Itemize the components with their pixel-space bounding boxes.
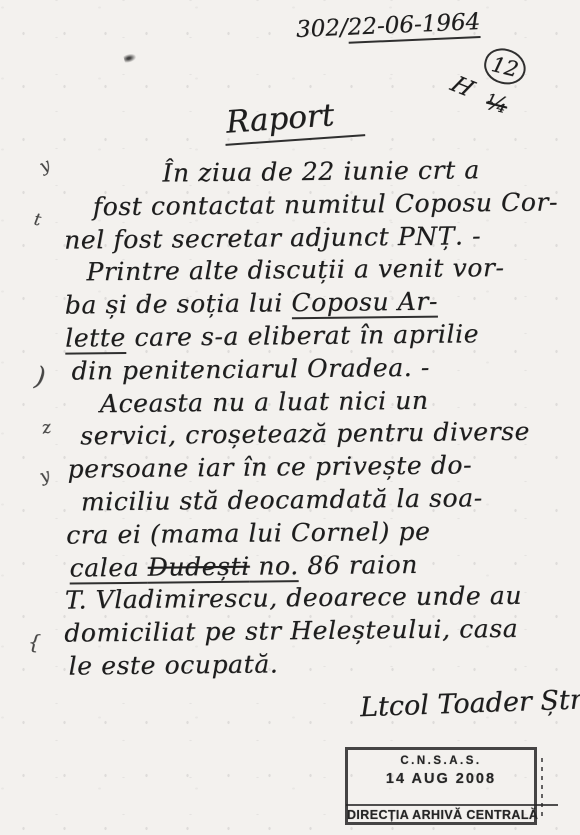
handwritten-line: domiciliat pe str Heleșteului, casa [64, 613, 567, 651]
margin-h-mark: H [445, 72, 478, 102]
handwritten-line: persoane iar în ce privește do- [67, 449, 565, 487]
handwritten-line: fost contactat numitul Coposu Cor- [93, 186, 563, 224]
margin-scribble: z [40, 417, 52, 438]
handwritten-line: Aceasta nu a luat nici un [100, 383, 565, 421]
handwritten-line: din penitenciarul Oradea. - [71, 350, 564, 388]
reference-prefix: 302/ [296, 15, 349, 43]
handwritten-line: nel fost secretar adjunct PNȚ. - [64, 219, 563, 257]
archive-stamp: C.N.S.A.S. 14 AUG 2008 DIRECȚIA ARHIVĂ C… [345, 747, 537, 825]
margin-scribble: t [32, 210, 42, 231]
handwritten-line: cra ei (mama lui Cornel) pe [66, 514, 566, 552]
handwritten-body: În ziua de 22 iunie crt afost contactat … [57, 153, 567, 683]
margin-scribble: y [37, 465, 53, 487]
page-number-circled: 12 [480, 44, 529, 88]
margin-scribble: { [27, 630, 41, 655]
margin-scribble: ) [33, 361, 47, 392]
handwritten-line: miciliu stă deocamdată la soa- [81, 481, 566, 519]
handwritten-line: În ziua de 22 iunie crt a [162, 153, 562, 190]
reference-date: 22-06-1964 [347, 9, 481, 44]
page-number: 12 [489, 52, 521, 82]
stamp-department: DIRECȚIA ARHIVĂ CENTRALĂ [346, 804, 558, 823]
stamp-edge-dashes [541, 758, 543, 816]
handwritten-line: ba și de soția lui Coposu Ar- [65, 285, 564, 323]
margin-scribble: y [36, 155, 53, 177]
handwritten-line: servici, croșetează pentru diverse [80, 416, 565, 454]
signature: Ltcol Toader Ștm. [360, 684, 580, 723]
handwritten-line: le este ocupată. [68, 645, 567, 683]
document-title: Raport [223, 95, 366, 146]
handwritten-line: Printre alte discuții a venit vor- [86, 252, 563, 290]
stamp-date: 14 AUG 2008 [348, 771, 534, 787]
handwritten-line: lette care s-a eliberat în aprilie [65, 317, 564, 355]
stamp-organization: C.N.S.A.S. [348, 755, 534, 767]
handwritten-line: T. Vladimirescu, deoarece unde au [65, 580, 567, 618]
ink-blot [123, 53, 137, 64]
handwritten-line: calea Dudești no. 86 raion [69, 547, 566, 585]
reference-number: 302/22-06-1964 [296, 9, 481, 43]
scanned-document-page: 302/22-06-1964 12 H ¼ Raport În ziua de … [0, 0, 580, 835]
crossed-out-mark: ¼ [483, 90, 510, 119]
